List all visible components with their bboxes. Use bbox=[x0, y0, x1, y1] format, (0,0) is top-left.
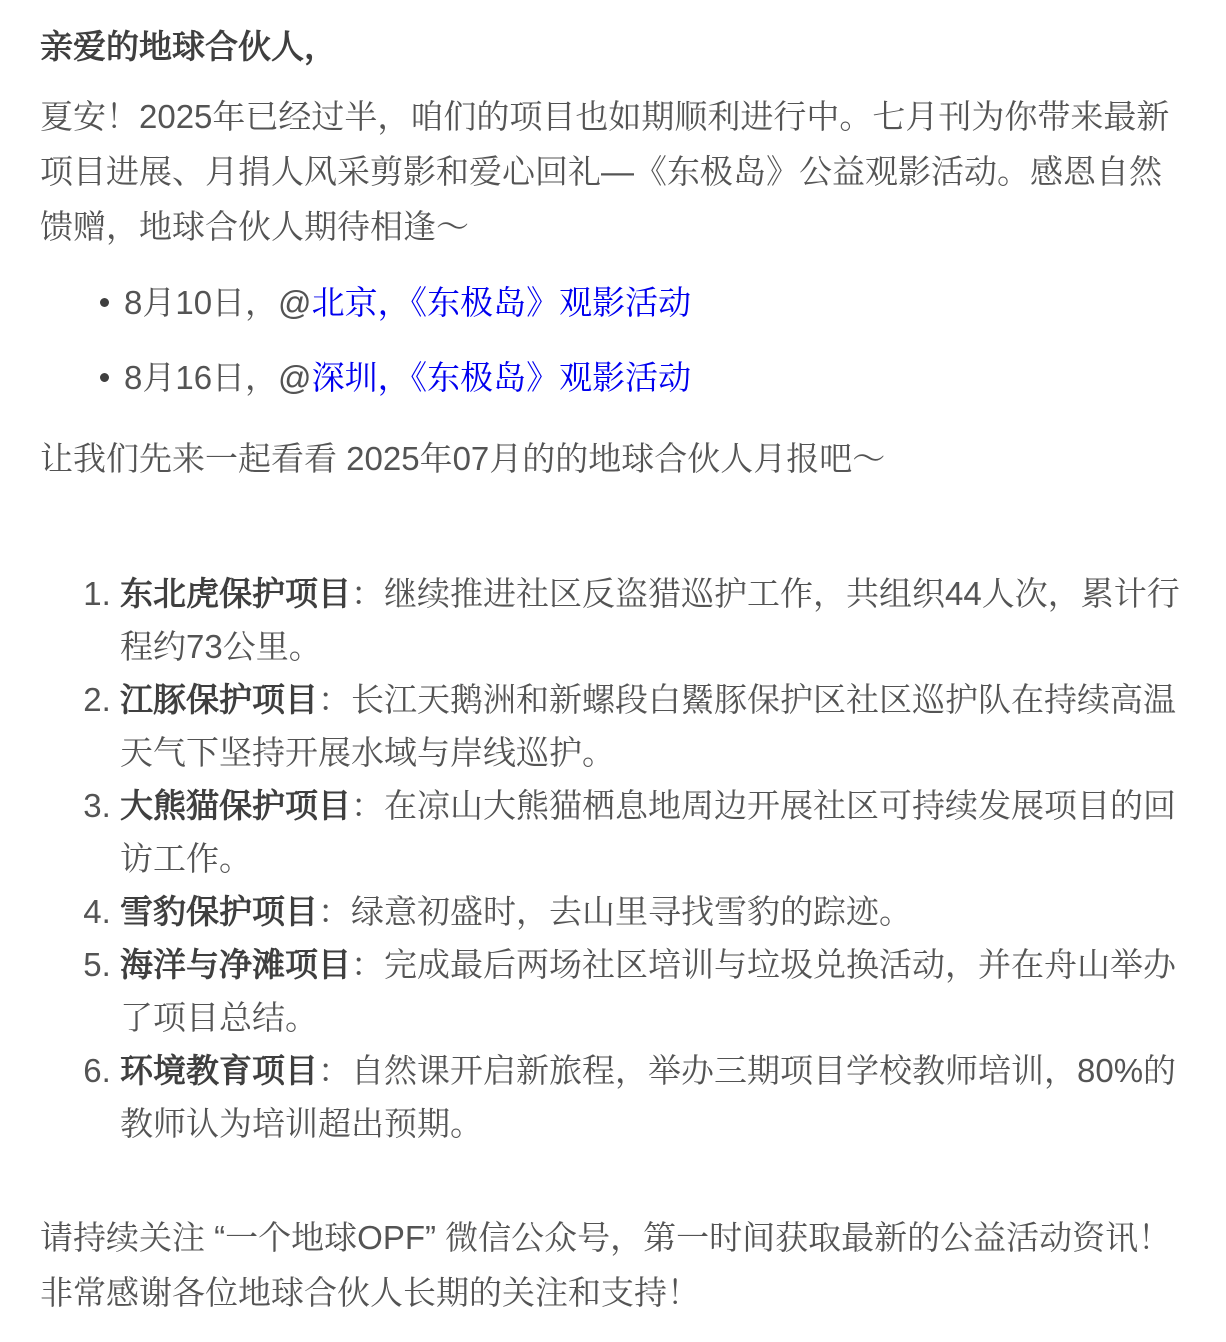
closing-paragraph: 请持续关注 “一个地球OPF” 微信公众号，第一时间获取最新的公益活动资讯！非常… bbox=[40, 1210, 1186, 1320]
project-item-ocean: 海洋与净滩项目：完成最后两场社区培训与垃圾兑换活动，并在舟山举办了项目总结。 bbox=[120, 938, 1186, 1044]
intro-paragraph: 夏安！2025年已经过半，咱们的项目也如期顺利进行中。七月刊为你带来最新项目进展… bbox=[40, 89, 1186, 254]
project-item-tiger: 东北虎保护项目：继续推进社区反盗猎巡护工作，共组织44人次，累计行程约73公里。 bbox=[120, 567, 1186, 673]
event-list: 8月10日，@北京，《东极岛》观影活动 8月16日，@深圳，《东极岛》观影活动 bbox=[40, 280, 1186, 401]
project-title: 海洋与净滩项目 bbox=[120, 946, 351, 983]
project-title: 雪豹保护项目 bbox=[120, 893, 318, 930]
project-item-snow-leopard: 雪豹保护项目：绿意初盛时，去山里寻找雪豹的踪迹。 bbox=[120, 885, 1186, 938]
project-item-education: 环境教育项目：自然课开启新旅程，举办三期项目学校教师培训，80%的教师认为培训超… bbox=[120, 1044, 1186, 1150]
project-item-panda: 大熊猫保护项目：在凉山大熊猫栖息地周边开展社区可持续发展项目的回访工作。 bbox=[120, 779, 1186, 885]
project-title: 环境教育项目 bbox=[120, 1052, 318, 1089]
project-desc: ：绿意初盛时，去山里寻找雪豹的踪迹。 bbox=[318, 893, 912, 930]
event-item-beijing: 8月10日，@北京，《东极岛》观影活动 bbox=[124, 280, 1186, 326]
project-title: 江豚保护项目 bbox=[120, 681, 318, 718]
event-date-prefix: 8月10日，@ bbox=[124, 284, 312, 321]
project-title: 东北虎保护项目 bbox=[120, 575, 351, 612]
newsletter-page: 亲爱的地球合伙人， 夏安！2025年已经过半，咱们的项目也如期顺利进行中。七月刊… bbox=[0, 0, 1226, 1320]
event-item-shenzhen: 8月16日，@深圳，《东极岛》观影活动 bbox=[124, 355, 1186, 401]
lead-in-paragraph: 让我们先来一起看看 2025年07月的的地球合伙人月报吧～ bbox=[40, 431, 1186, 486]
greeting-heading: 亲爱的地球合伙人， bbox=[40, 24, 1186, 70]
event-date-prefix: 8月16日，@ bbox=[124, 359, 312, 396]
event-link-beijing[interactable]: 北京，《东极岛》观影活动 bbox=[312, 284, 692, 321]
section-spacer bbox=[40, 1150, 1186, 1210]
project-report-list: 东北虎保护项目：继续推进社区反盗猎巡护工作，共组织44人次，累计行程约73公里。… bbox=[40, 567, 1186, 1150]
section-spacer bbox=[40, 486, 1186, 567]
event-link-shenzhen[interactable]: 深圳，《东极岛》观影活动 bbox=[312, 359, 692, 396]
project-title: 大熊猫保护项目 bbox=[120, 787, 351, 824]
project-item-porpoise: 江豚保护项目：长江天鹅洲和新螺段白鱀豚保护区社区巡护队在持续高温天气下坚持开展水… bbox=[120, 673, 1186, 779]
